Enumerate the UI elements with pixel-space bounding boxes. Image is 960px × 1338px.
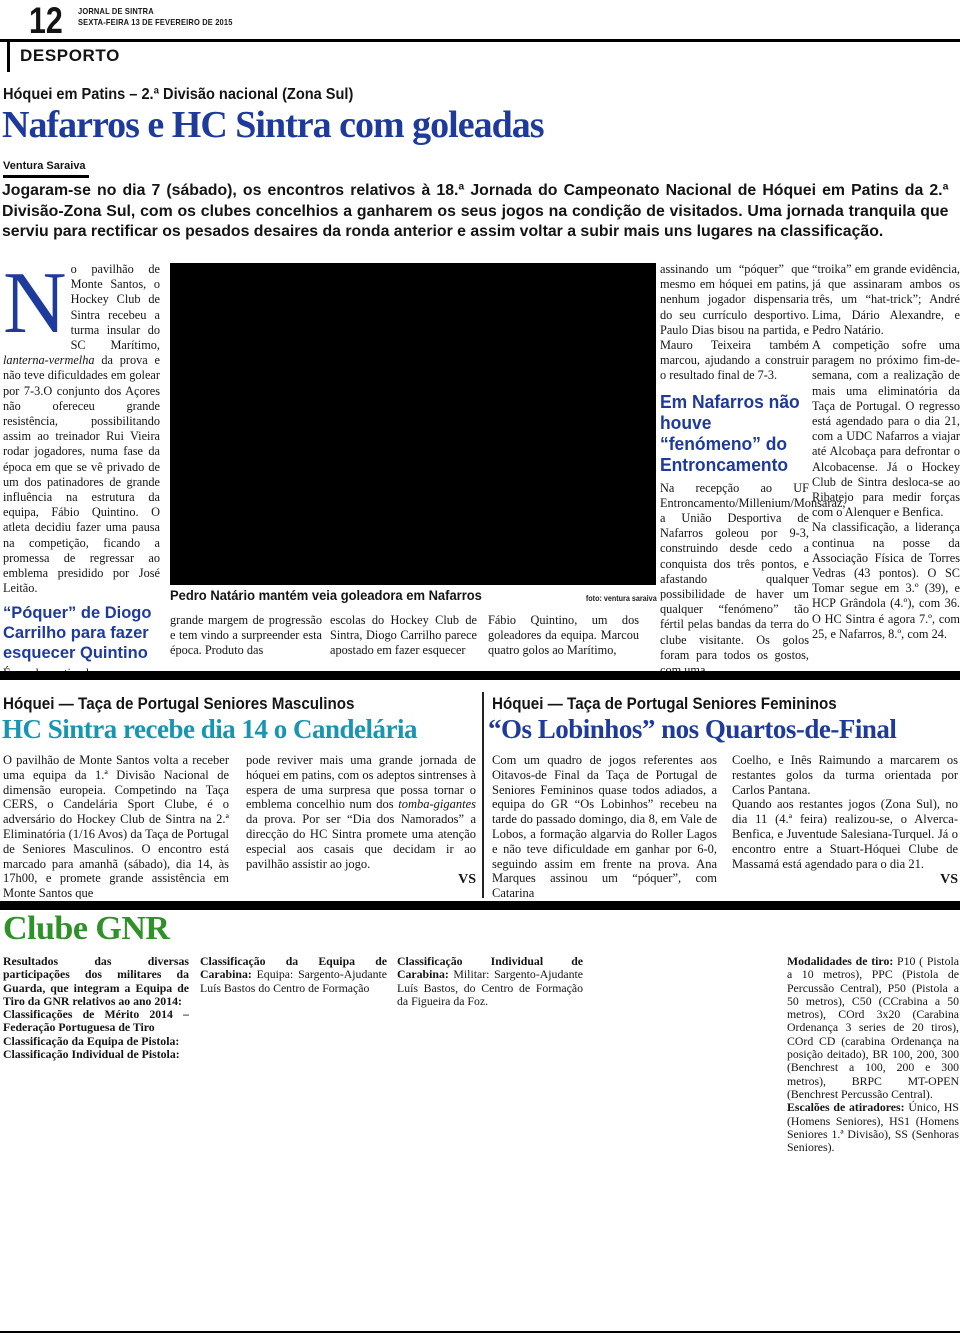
- article-column-5: “troika” em grande evidência, já que ass…: [812, 262, 960, 667]
- page-bottom-rule: [0, 1331, 960, 1333]
- column-4-paragraph-1: assinando um “póquer” que mesmo em hóque…: [660, 262, 809, 384]
- publication-name: JORNAL DE SINTRA: [78, 6, 233, 17]
- masthead-rule: [0, 39, 960, 42]
- article-kicker: Hóquei em Patins – 2.ª Divisão nacional …: [3, 86, 353, 104]
- masculinos-column-1: O pavilhão de Monte Santos volta a receb…: [3, 753, 229, 899]
- femininos-signature: VS: [732, 872, 958, 888]
- femininos-column-1: Com um quadro de jogos referentes aos Oi…: [492, 753, 717, 899]
- caption-row: Pedro Natário mantém veia goleadora em N…: [170, 588, 657, 603]
- section-divider-bar-top: [0, 671, 960, 680]
- subhead-quintino: “Póquer” de Diogo Carrilho para fazer es…: [3, 603, 155, 663]
- newspaper-page: 12 JORNAL DE SINTRA SEXTA-FEIRA 13 DE FE…: [0, 0, 960, 1338]
- gnr-column-2: Classificação da Equipa de Carabina: Equ…: [200, 955, 387, 1327]
- gnr-column-3: Classificação Individual de Carabina: Mi…: [397, 955, 583, 1327]
- taca-vertical-divider: [482, 692, 484, 898]
- gnr-column-4: [593, 955, 779, 1327]
- under-photo-column-1: grande margem de progressão e tem vindo …: [170, 613, 322, 665]
- column-1-text: No pavilhão de Monte Santos, o Hockey Cl…: [3, 262, 160, 596]
- article-photo: [170, 263, 656, 585]
- section-label: DESPORTO: [20, 46, 120, 66]
- article-byline: Ventura Saraiva: [3, 160, 86, 172]
- masculinos-signature: VS: [246, 872, 476, 888]
- gnr-title: Clube GNR: [3, 912, 169, 946]
- masculinos-kicker: Hóquei — Taça de Portugal Seniores Mascu…: [3, 695, 354, 714]
- subhead-nafarros: Em Nafarros não houve “fenómeno” do Entr…: [660, 392, 805, 476]
- byline-rule: [3, 175, 89, 178]
- femininos-kicker: Hóquei — Taça de Portugal Seniores Femin…: [492, 695, 837, 714]
- under-photo-column-3: Fábio Quintino, um dos goleadores da equ…: [488, 613, 639, 665]
- masthead-info: JORNAL DE SINTRA SEXTA-FEIRA 13 DE FEVER…: [78, 6, 233, 29]
- photo-caption: Pedro Natário mantém veia goleadora em N…: [170, 588, 482, 603]
- edition-date: SEXTA-FEIRA 13 DE FEVEREIRO DE 2015: [78, 17, 233, 28]
- article-column-4: assinando um “póquer” que mesmo em hóque…: [660, 262, 809, 667]
- article-column-1: No pavilhão de Monte Santos, o Hockey Cl…: [3, 262, 160, 667]
- gnr-column-5: Modalidades de tiro: P10 ( Pistola a 10 …: [787, 955, 959, 1327]
- article-headline: Nafarros e HC Sintra com goleadas: [2, 106, 544, 144]
- section-divider-bar-bottom: [0, 901, 960, 910]
- page-number: 12: [29, 2, 63, 39]
- under-photo-column-2: escolas do Hockey Club de Sintra, Diogo …: [330, 613, 477, 665]
- femininos-headline: “Os Lobinhos” nos Quartos-de-Final: [488, 716, 896, 743]
- gnr-column-1: Resultados das diversas participações do…: [3, 955, 189, 1327]
- article-lead: Jogaram-se no dia 7 (sábado), os encontr…: [2, 181, 948, 243]
- photo-credit: foto: ventura saraiva: [586, 594, 657, 603]
- masculinos-headline: HC Sintra recebe dia 14 o Candelária: [2, 716, 417, 743]
- column-4-paragraph-2: Na recepção ao UF Entroncamento/Milleniu…: [660, 481, 809, 679]
- section-vertical-rule: [7, 39, 10, 72]
